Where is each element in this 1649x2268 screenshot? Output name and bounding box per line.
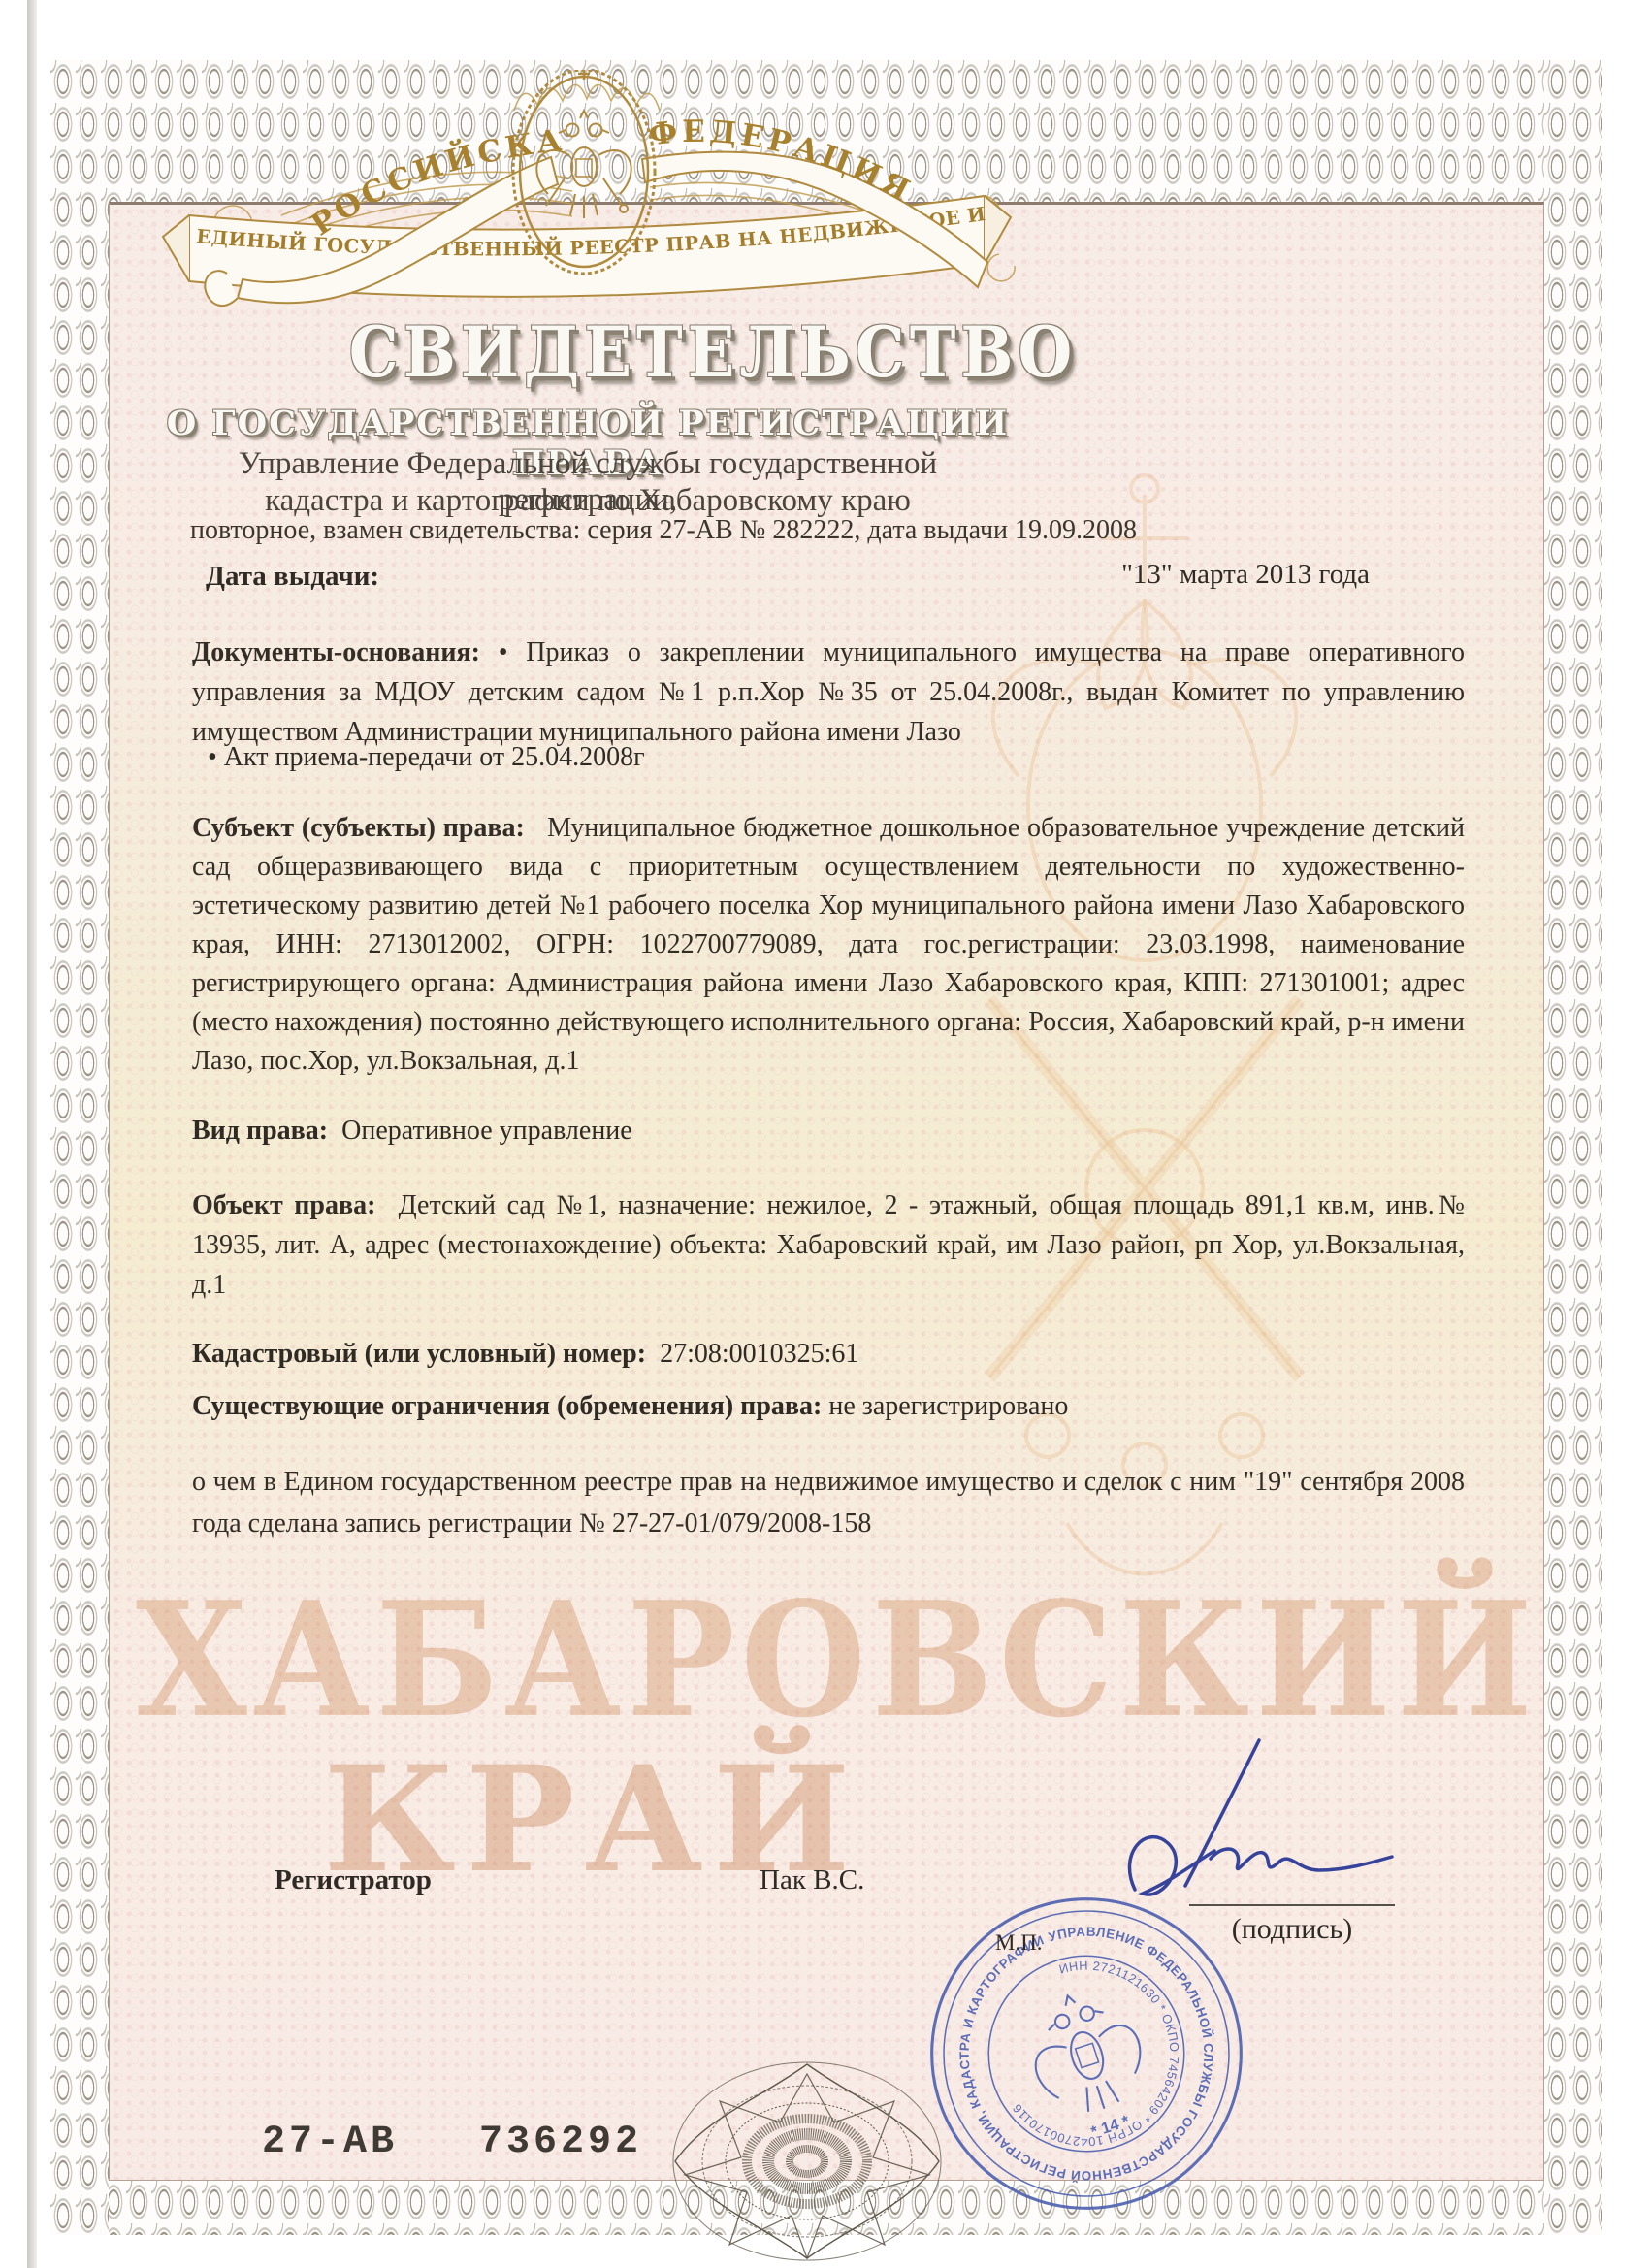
ornamental-border-left bbox=[50, 60, 109, 2235]
stamp-eagle-icon bbox=[1017, 1979, 1154, 2124]
issue-date-label: Дата выдачи: bbox=[206, 561, 379, 593]
ornamental-border-right bbox=[1544, 60, 1602, 2235]
registry-record-paragraph: о чем в Едином государственном реестре п… bbox=[192, 1461, 1465, 1544]
header-engraving: ЕДИНЫЙ ГОСУДАРСТВЕННЫЙ РЕЕСТР ПРАВ НА НЕ… bbox=[145, 70, 1077, 330]
guilloche-rosette bbox=[669, 2058, 946, 2264]
subject-text: Муниципальное бюджетное дошкольное образ… bbox=[192, 813, 1465, 1076]
basis-label: Документы-основания: bbox=[192, 637, 480, 667]
signature-caption: (подпись) bbox=[1189, 1913, 1395, 1946]
registrar-label: Регистратор bbox=[275, 1864, 432, 1896]
blank-serial-number: 27-АВ 736292 bbox=[262, 2121, 642, 2164]
scanner-edge-shadow bbox=[27, 0, 37, 2268]
right-type-label: Вид права: bbox=[192, 1116, 328, 1146]
stamp-place-note: М.П. bbox=[995, 1930, 1043, 1956]
restrictions-label: Существующие ограничения (обременения) п… bbox=[192, 1391, 822, 1421]
restrictions-row: Существующие ограничения (обременения) п… bbox=[192, 1391, 1465, 1422]
scanned-certificate-page: ЕДИНЫЙ ГОСУДАРСТВЕННЫЙ РЕЕСТР ПРАВ НА НЕ… bbox=[0, 0, 1649, 2268]
certificate-title: СВИДЕТЕЛЬСТВО bbox=[179, 312, 1246, 394]
object-paragraph: Объект права: Детский сад №1, назначение… bbox=[192, 1185, 1465, 1305]
cadastral-value: 27:08:0010325:61 bbox=[660, 1339, 858, 1369]
region-watermark-line1: ХАБАРОВСКИЙ bbox=[136, 1567, 1513, 1752]
right-type-row: Вид права: Оперативное управление bbox=[192, 1116, 1465, 1147]
restrictions-value: не зарегистрировано bbox=[828, 1391, 1068, 1421]
subject-label: Субъект (субъекты) права: bbox=[192, 813, 525, 843]
basis-item-2: • Акт приема-передачи от 25.04.2008г bbox=[208, 742, 1459, 773]
issue-date-value: "13" марта 2013 года bbox=[873, 559, 1370, 591]
subject-paragraph: Субъект (субъекты) права: Муниципальное … bbox=[192, 809, 1465, 1081]
cadastral-label: Кадастровый (или условный) номер: bbox=[192, 1339, 646, 1369]
registrar-signature bbox=[1096, 1734, 1416, 1914]
object-text: Детский сад №1, назначение: нежилое, 2 -… bbox=[192, 1190, 1465, 1300]
right-type-value: Оперативное управление bbox=[341, 1116, 632, 1146]
object-label: Объект права: bbox=[192, 1190, 375, 1220]
basis-paragraph: Документы-основания: • Приказ о закрепле… bbox=[192, 632, 1465, 752]
duplicate-note: повторное, взамен свидетельства: серия 2… bbox=[190, 515, 1403, 546]
cadastral-row: Кадастровый (или условный) номер: 27:08:… bbox=[192, 1339, 1465, 1370]
registrar-name: Пак В.С. bbox=[760, 1864, 864, 1896]
signature-line bbox=[1189, 1904, 1395, 1906]
issuing-authority-line2: кадастра и картографии по Хабаровскому к… bbox=[145, 483, 1030, 519]
